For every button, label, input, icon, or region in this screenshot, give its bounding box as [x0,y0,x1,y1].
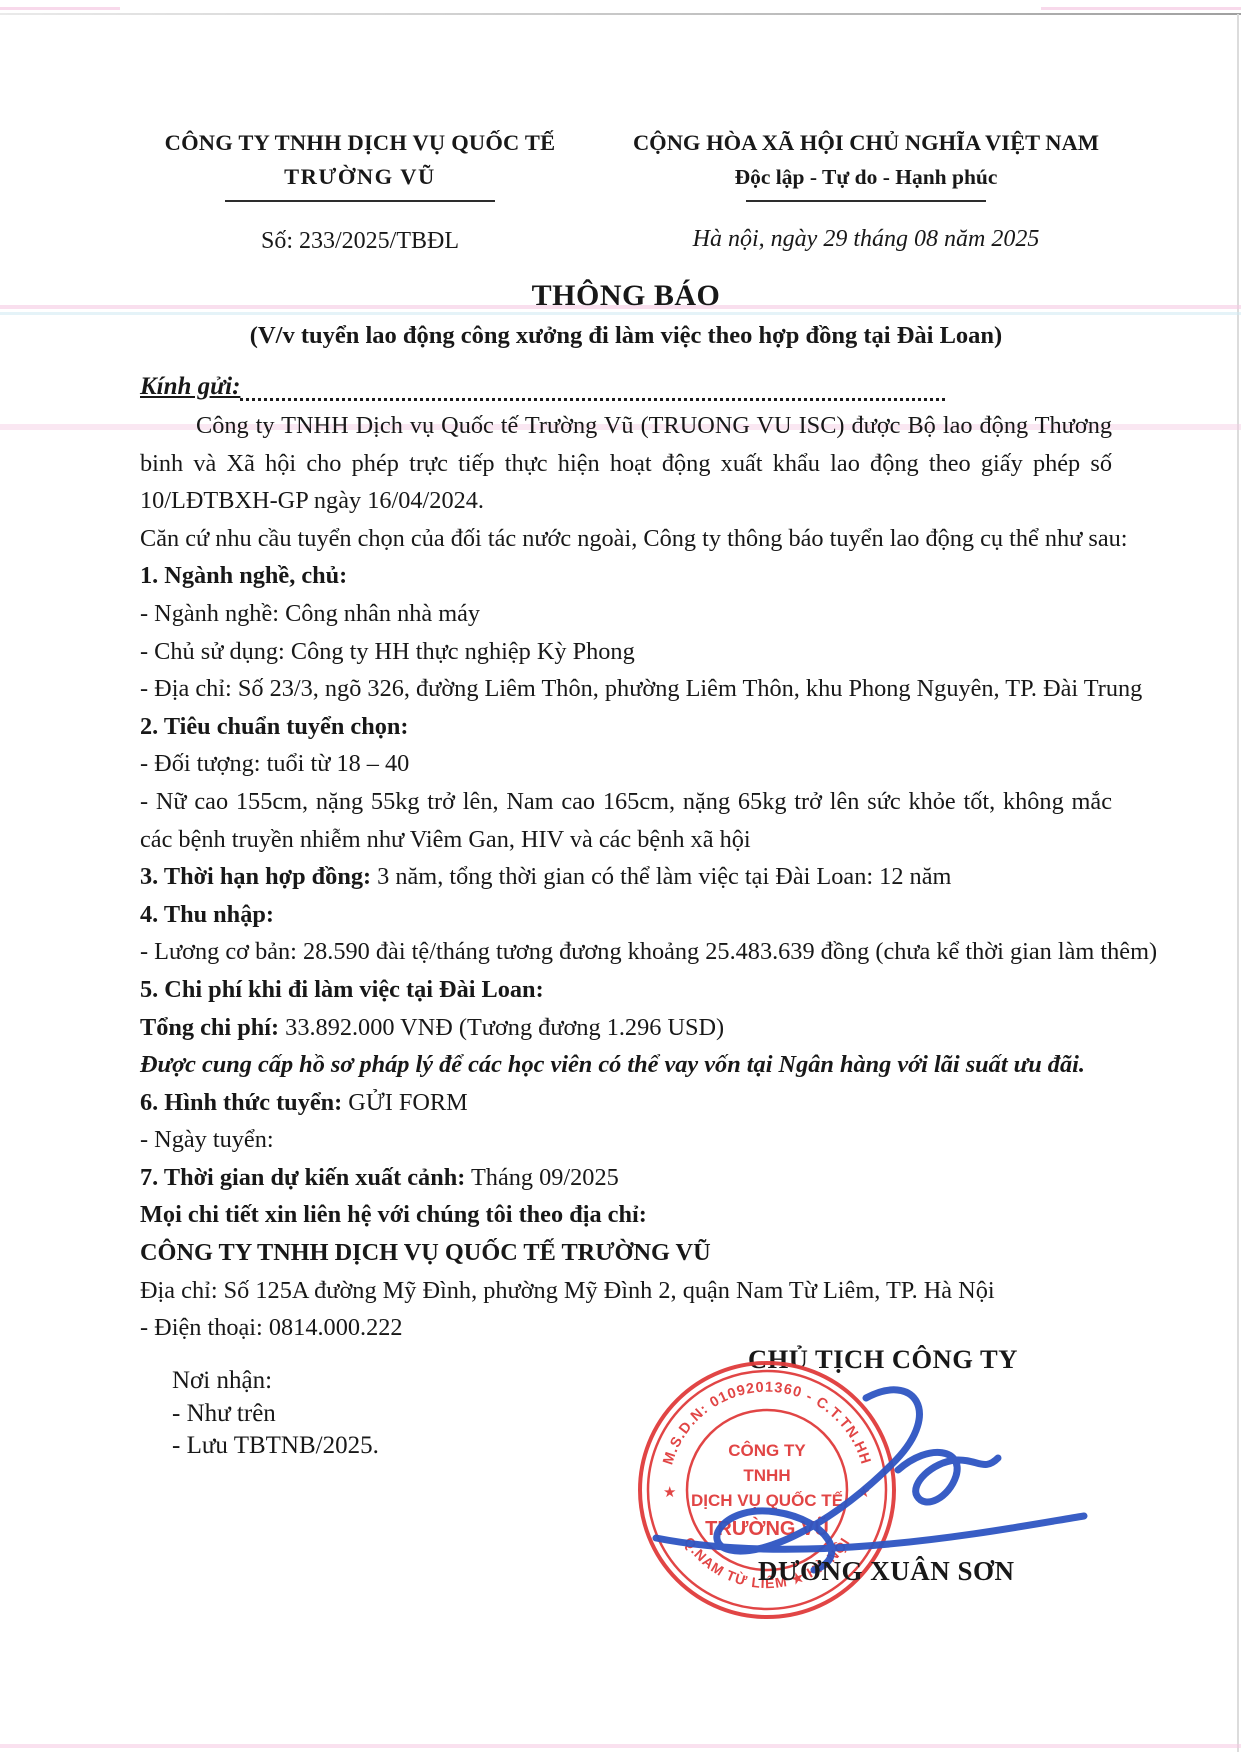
body-line: Tổng chi phí: 33.892.000 VNĐ (Tương đươn… [140,1009,1112,1047]
national-title: CỘNG HÒA XÃ HỘI CHỦ NGHĨA VIỆT NAM [620,130,1112,156]
body-line: - Chủ sử dụng: Công ty HH thực nghiệp Kỳ… [140,633,1112,671]
national-motto: Độc lập - Tự do - Hạnh phúc [620,165,1112,190]
header-divider [225,200,495,202]
line-text: 33.892.000 VNĐ (Tương đương 1.296 USD) [279,1014,724,1041]
recipient-item: - Như trên [172,1398,379,1430]
body-line: - Ngày tuyển: [140,1121,1112,1159]
recipients-block: Nơi nhận: - Như trên - Lưu TBTNB/2025. [172,1364,379,1461]
signer-name: DƯƠNG XUÂN SƠN [758,1556,1015,1587]
company-name-line2: TRƯỜNG VŨ [140,164,580,190]
bold-lead: 4. Thu nhập: [140,901,274,928]
recipient-item: - Lưu TBTNB/2025. [172,1430,379,1462]
body-line: 7. Thời gian dự kiến xuất cảnh: Tháng 09… [140,1159,1112,1197]
body-line: 6. Hình thức tuyển: GỬI FORM [140,1084,1112,1122]
salutation-row: Kính gửi: [140,365,1112,401]
issuing-company-block: CÔNG TY TNHH DỊCH VỤ QUỐC TẾ TRƯỜNG VŨ S… [140,130,580,255]
doc-number: Số: 233/2025/TBĐL [140,228,580,255]
header-divider [746,200,986,202]
scanned-announcement-page: CÔNG TY TNHH DỊCH VỤ QUỐC TẾ TRƯỜNG VŨ S… [0,0,1241,1755]
body-line: 2. Tiêu chuẩn tuyển chọn: [140,708,1112,746]
body-line: - Địa chỉ: Số 23/3, ngõ 326, đường Liêm … [140,670,1112,708]
line-text: - Chủ sử dụng: Công ty HH thực nghiệp Kỳ… [140,638,635,665]
bold-lead: 2. Tiêu chuẩn tuyển chọn: [140,713,408,740]
document-content: CÔNG TY TNHH DỊCH VỤ QUỐC TẾ TRƯỜNG VŨ S… [140,130,1112,1347]
bold-lead: Tổng chi phí: [140,1014,279,1041]
intro-paragraph: Công ty TNHH Dịch vụ Quốc tế Trường Vũ (… [140,407,1112,520]
body-line: CÔNG TY TNHH DỊCH VỤ QUỐC TẾ TRƯỜNG VŨ [140,1234,1112,1272]
scan-artifact-line [0,1744,1241,1748]
line-text: - Nữ cao 155cm, nặng 55kg trở lên, Nam c… [140,788,1112,853]
intro-paragraph: Căn cứ nhu cầu tuyển chọn của đối tác nư… [140,520,1112,558]
bold-lead: 3. Thời hạn hợp đồng: [140,863,371,890]
line-text: - Đối tượng: tuổi từ 18 – 40 [140,750,409,777]
body-line: Địa chỉ: Số 125A đường Mỹ Đình, phường M… [140,1272,1112,1310]
line-text: - Ngành nghề: Công nhân nhà máy [140,600,480,627]
bold-lead: 7. Thời gian dự kiến xuất cảnh: [140,1164,465,1191]
place-date: Hà nội, ngày 29 tháng 08 năm 2025 [620,226,1112,253]
scan-artifact-line [1041,7,1241,10]
body-line: 4. Thu nhập: [140,896,1112,934]
scan-artifact-line [0,7,120,10]
dotted-leader [240,370,945,401]
line-text: 3 năm, tổng thời gian có thể làm việc tạ… [371,863,951,890]
bold-lead: CÔNG TY TNHH DỊCH VỤ QUỐC TẾ TRƯỜNG VŨ [140,1239,711,1266]
company-name-line1: CÔNG TY TNHH DỊCH VỤ QUỐC TẾ [140,130,580,156]
body-line: - Đối tượng: tuổi từ 18 – 40 [140,745,1112,783]
scan-artifact-line [0,13,1241,15]
line-text: - Lương cơ bản: 28.590 đài tệ/tháng tươn… [140,938,1157,965]
body-line: - Nữ cao 155cm, nặng 55kg trở lên, Nam c… [140,783,1112,858]
doc-title: THÔNG BÁO [140,279,1112,313]
line-text: - Địa chỉ: Số 23/3, ngõ 326, đường Liêm … [140,675,1142,702]
salutation-label: Kính gửi: [140,373,240,401]
line-text: Tháng 09/2025 [465,1164,618,1191]
line-text: - Điện thoại: 0814.000.222 [140,1314,403,1341]
bold-lead: 5. Chi phí khi đi làm việc tại Đài Loan: [140,976,544,1003]
scan-artifact-line [1237,14,1239,1752]
doc-subject: (V/v tuyển lao động công xưởng đi làm vi… [140,322,1112,350]
body-line: - Ngành nghề: Công nhân nhà máy [140,595,1112,633]
national-header-block: CỘNG HÒA XÃ HỘI CHỦ NGHĨA VIỆT NAM Độc l… [580,130,1112,255]
body-line: 5. Chi phí khi đi làm việc tại Đài Loan: [140,971,1112,1009]
bold-lead: 1. Ngành nghề, chủ: [140,562,347,589]
body-line: 3. Thời hạn hợp đồng: 3 năm, tổng thời g… [140,858,1112,896]
bold-lead: Mọi chi tiết xin liên hệ với chúng tôi t… [140,1201,647,1228]
body-line: Mọi chi tiết xin liên hệ với chúng tôi t… [140,1196,1112,1234]
body-line: - Điện thoại: 0814.000.222 [140,1309,1112,1347]
line-text: Địa chỉ: Số 125A đường Mỹ Đình, phường M… [140,1277,995,1304]
recipients-label: Nơi nhận: [172,1364,379,1398]
handwritten-signature [598,1372,1098,1584]
body-line: - Lương cơ bản: 28.590 đài tệ/tháng tươn… [140,933,1112,971]
body-line: Được cung cấp hồ sơ pháp lý để các học v… [140,1046,1112,1084]
bold-lead: 6. Hình thức tuyển: [140,1089,342,1116]
body-line: 1. Ngành nghề, chủ: [140,557,1112,595]
document-header: CÔNG TY TNHH DỊCH VỤ QUỐC TẾ TRƯỜNG VŨ S… [140,130,1112,255]
line-text: - Ngày tuyển: [140,1126,274,1153]
signature-scribble-icon [598,1372,1098,1584]
line-text: Được cung cấp hồ sơ pháp lý để các học v… [140,1051,1085,1078]
line-text: GỬI FORM [342,1089,468,1116]
